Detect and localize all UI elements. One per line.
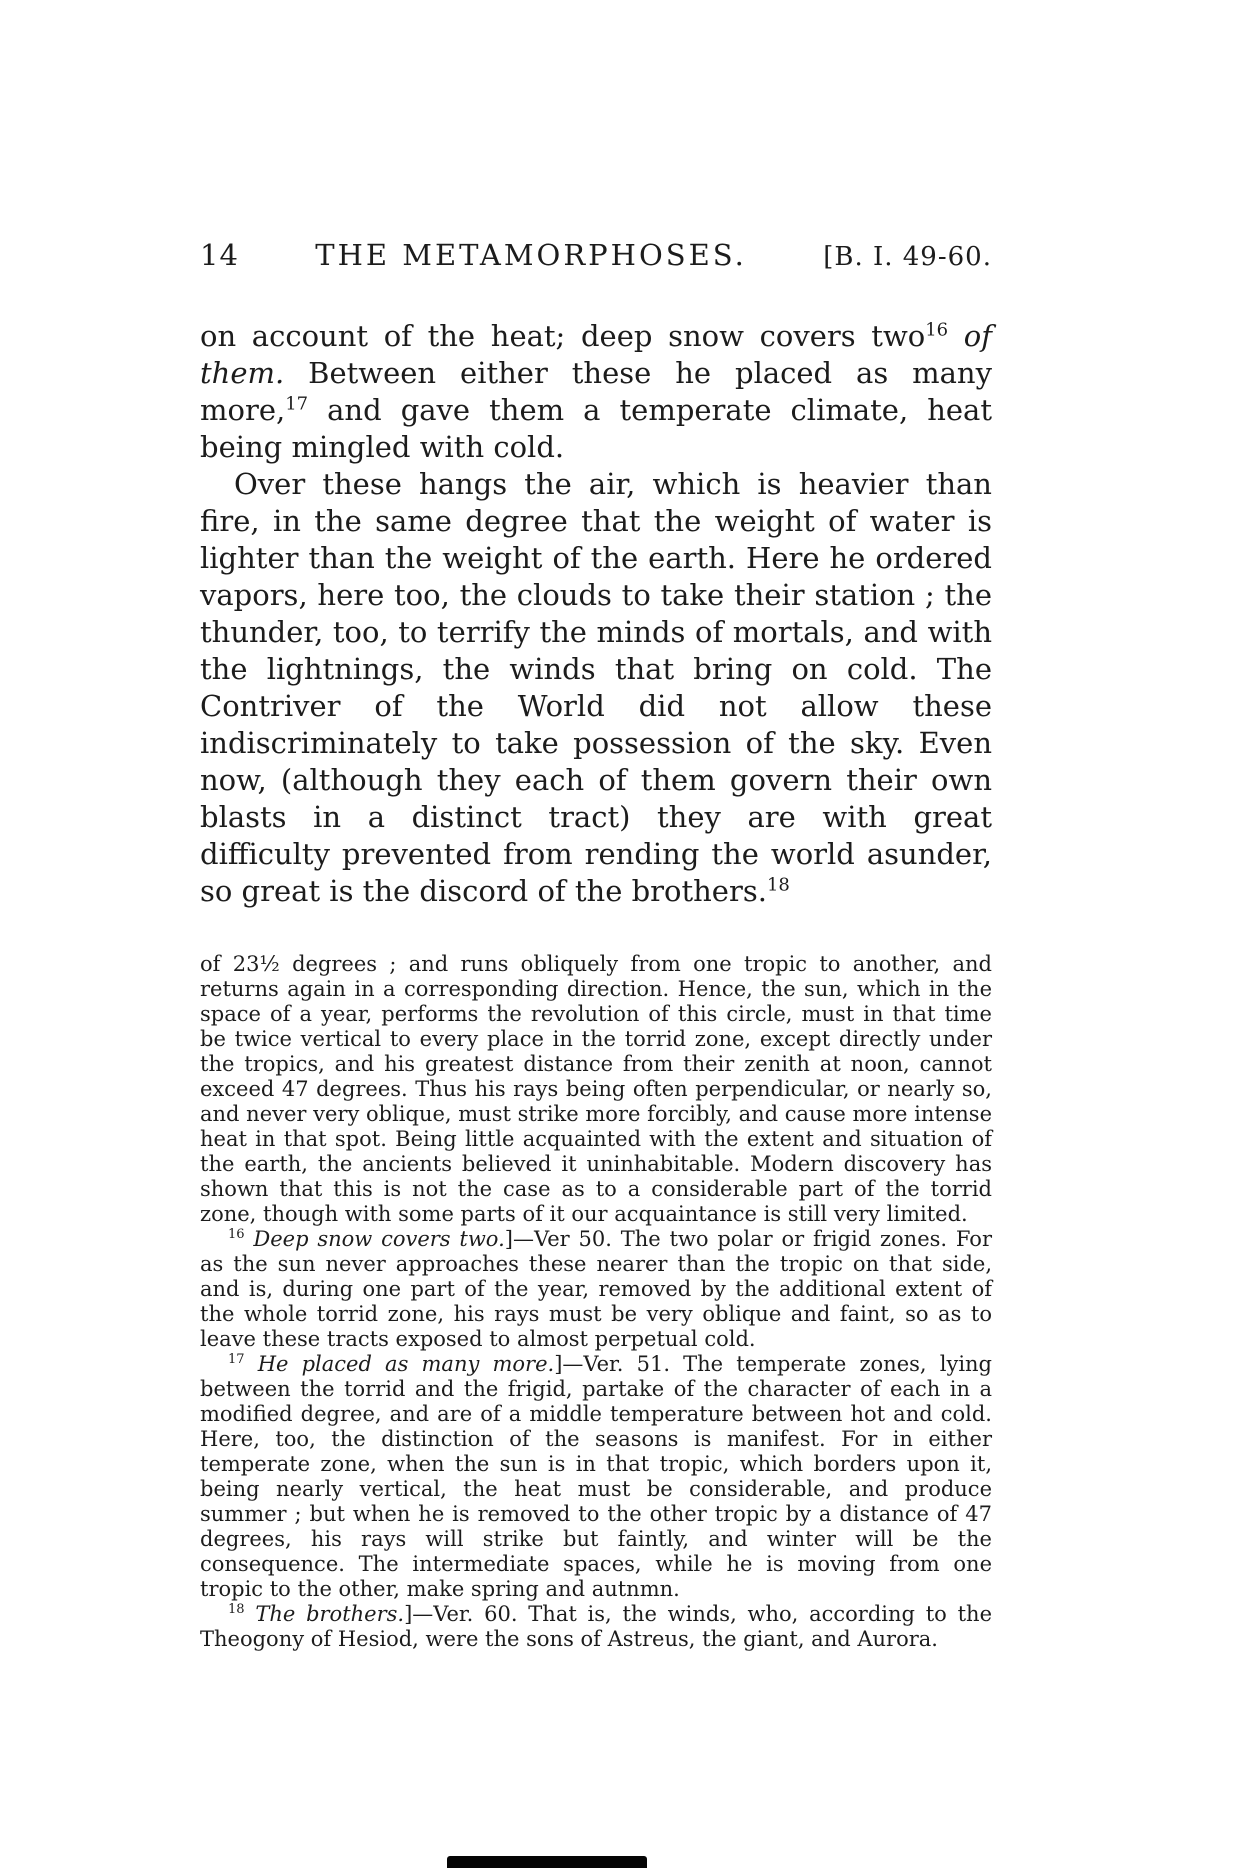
text-segment: Over these hangs the air, which is heavi… (200, 467, 992, 908)
paragraph: of 23½ degrees ; and runs obliquely from… (200, 952, 992, 1227)
text-segment: He placed as many more. (245, 1352, 555, 1376)
text-segment: Deep snow covers two. (245, 1227, 505, 1251)
paragraph: 16 Deep snow covers two.]—Ver 50. The tw… (200, 1227, 992, 1352)
paragraph: 18 The brothers.]—Ver. 60. That is, the … (200, 1602, 992, 1652)
text-column: 14 THE METAMORPHOSES. [B. I. 49-60. on a… (200, 238, 992, 1652)
text-segment: The brothers. (245, 1602, 405, 1626)
page-title: THE METAMORPHOSES. (315, 238, 747, 272)
paragraph: on account of the heat; deep snow covers… (200, 318, 992, 466)
page-header: 14 THE METAMORPHOSES. [B. I. 49-60. (200, 238, 992, 272)
footnote-ref: 16 (228, 1227, 245, 1242)
text-segment: ]—Ver. 51. The temperate zones, lying be… (200, 1352, 992, 1601)
scan-artifact (447, 1856, 647, 1868)
text-segment: and gave them a temperate climate, heat … (200, 393, 992, 464)
footnote-ref: 18 (767, 874, 790, 895)
book-page: 14 THE METAMORPHOSES. [B. I. 49-60. on a… (0, 0, 1249, 1868)
footnote-ref: 16 (925, 319, 948, 340)
footnote-ref: 17 (228, 1352, 245, 1367)
text-segment: of 23½ degrees ; and runs obliquely from… (200, 952, 992, 1226)
text-segment: on account of the heat; deep snow covers… (200, 319, 925, 353)
footnote-ref: 18 (228, 1602, 245, 1617)
book-reference: [B. I. 49-60. (823, 242, 992, 272)
page-number: 14 (200, 238, 239, 272)
footnote-ref: 17 (285, 393, 308, 414)
footnotes: of 23½ degrees ; and runs obliquely from… (200, 952, 992, 1652)
paragraph: Over these hangs the air, which is heavi… (200, 466, 992, 910)
body-text: on account of the heat; deep snow covers… (200, 318, 992, 910)
paragraph: 17 He placed as many more.]—Ver. 51. The… (200, 1352, 992, 1602)
